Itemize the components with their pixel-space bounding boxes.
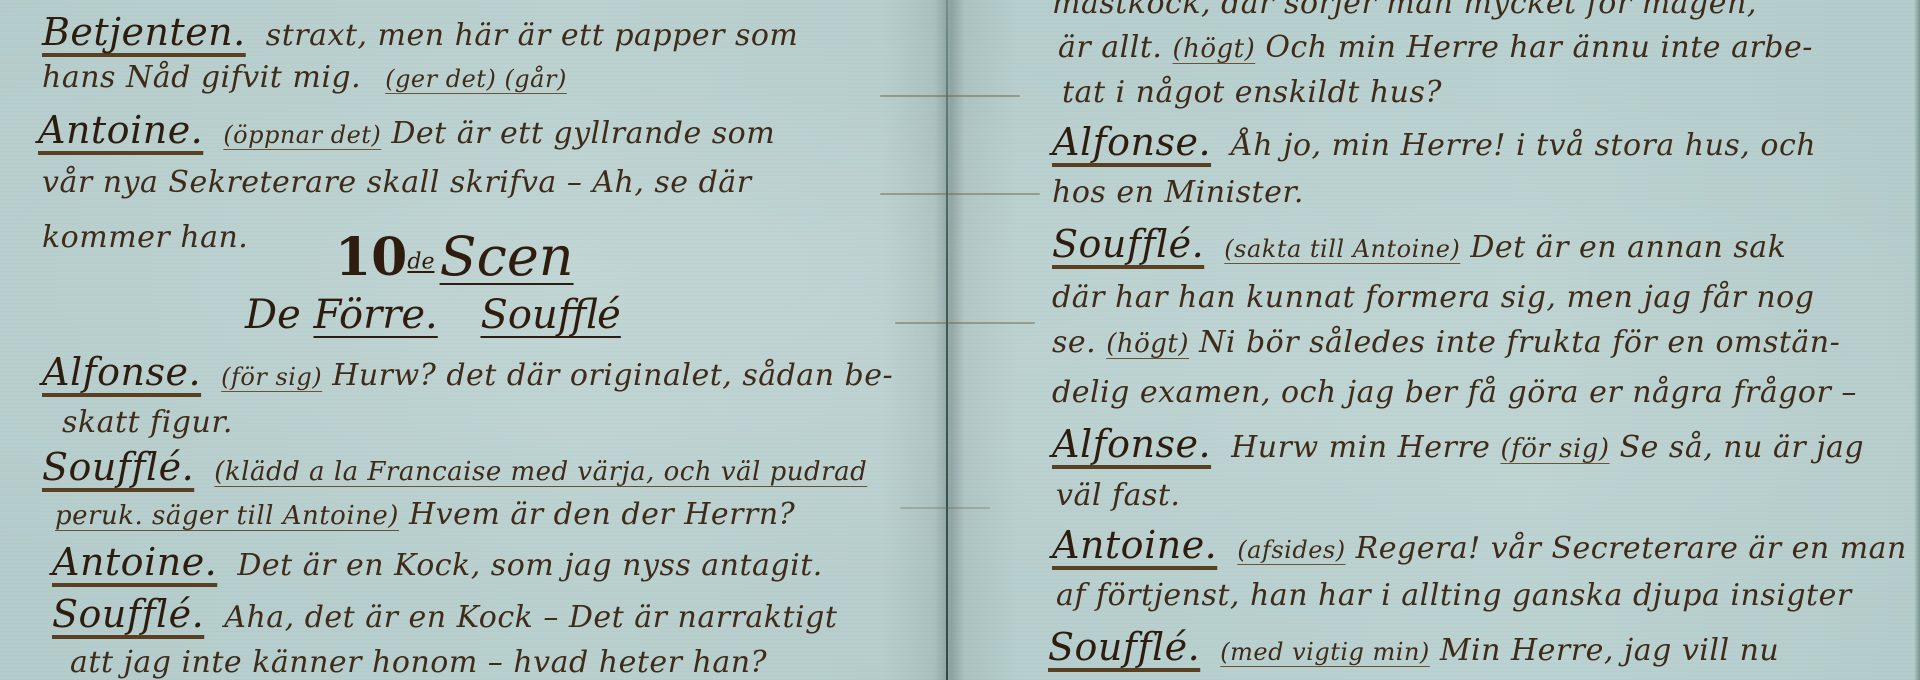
stage-direction: (ger det) (går) [385, 65, 567, 93]
cast-prefix: De [245, 292, 301, 338]
manuscript-line: Antoine. (afsides) Regera! vår Secretera… [1052, 523, 1907, 567]
manuscript-line: hans Nåd gifvit mig. (ger det) (går) [42, 60, 567, 95]
right-page: mästkock, där sörjer man mycket för mage… [1040, 0, 1920, 680]
manuscript-spread: Betjenten. straxt, men här är ett papper… [0, 0, 1920, 680]
dialogue-text: är allt. [1058, 30, 1162, 65]
speaker-name: Soufflé. [1052, 222, 1204, 266]
dialogue-text: Aha, det är en Kock – Det är narraktigt [224, 600, 837, 635]
speaker-name: Antoine. [52, 540, 217, 584]
manuscript-line: mästkock, där sörjer man mycket för mage… [1052, 0, 1757, 21]
manuscript-line: Betjenten. straxt, men här är ett papper… [42, 10, 798, 54]
dialogue-text: vår nya Sekreterare skall skrifva – Ah, … [42, 165, 752, 200]
stage-direction: (för sig) [1500, 434, 1609, 464]
speaker-name: Soufflé. [1048, 625, 1200, 669]
speaker-name: Alfonse. [1052, 422, 1211, 466]
dialogue-text: Regera! vår Secreterare är en man [1356, 531, 1907, 566]
dialogue-text: hos en Minister. [1052, 175, 1304, 210]
speaker-name: Soufflé. [52, 592, 204, 636]
stage-direction: (för sig) [221, 363, 322, 391]
dialogue-text: Och min Herre har ännu inte arbe- [1265, 30, 1813, 65]
book-spine [946, 0, 948, 680]
stage-direction: (klädd a la Francaise med värja, och väl… [214, 457, 867, 487]
manuscript-line: Soufflé. (med vigtig min) Min Herre, jag… [1048, 625, 1779, 669]
dialogue-text: väl fast. [1056, 478, 1180, 513]
stage-direction: (sakta till Antoine) [1224, 235, 1460, 263]
paper-fold [880, 193, 1040, 195]
speaker-name: Antoine. [1052, 523, 1217, 567]
dialogue-text: Det är en Kock, som jag nyss antagit. [237, 548, 823, 583]
dialogue-text: Se så, nu är jag [1620, 430, 1865, 465]
speaker-name: Soufflé. [42, 445, 194, 489]
scene-number: 10 [335, 227, 407, 288]
manuscript-line: peruk. säger till Antoine) Hvem är den d… [55, 497, 795, 532]
dialogue-text: Hurw? det där originalet, sådan be- [332, 358, 893, 393]
manuscript-line: af förtjenst, han har i allting ganska d… [1056, 578, 1852, 613]
cast-former: Förre. [313, 292, 437, 338]
dialogue-text: Hvem är den der Herrn? [409, 497, 795, 532]
dialogue-text: Ni bör således inte frukta för en omstän… [1199, 325, 1840, 360]
dialogue-text: Min Herre, jag vill nu [1440, 633, 1779, 668]
speaker-name: Antoine. [38, 108, 203, 152]
manuscript-line: Antoine. (öppnar det) Det är ett gyllran… [38, 108, 775, 152]
manuscript-line: vår nya Sekreterare skall skrifva – Ah, … [42, 165, 752, 200]
manuscript-line: Soufflé. (sakta till Antoine) Det är en … [1052, 222, 1786, 266]
paper-fold [895, 322, 1035, 324]
speaker-name: Alfonse. [42, 350, 201, 394]
dialogue-text: där har han kunnat formera sig, men jag … [1052, 280, 1814, 315]
stage-direction: (med vigtig min) [1220, 638, 1429, 666]
stage-direction: (högt) [1172, 34, 1255, 64]
spine-shadow [935, 0, 965, 680]
speaker-name: Betjenten. [42, 10, 246, 54]
speaker-name: Alfonse. [1052, 120, 1211, 164]
stage-direction: (öppnar det) [223, 121, 381, 149]
dialogue-text: af förtjenst, han har i allting ganska d… [1056, 578, 1852, 613]
paper-fold [880, 95, 1020, 97]
manuscript-line: att jag inte känner honom – hvad heter h… [70, 645, 767, 680]
dialogue-text: hans Nåd gifvit mig. [42, 60, 361, 95]
cast-name: Soufflé [480, 292, 620, 338]
manuscript-line: hos en Minister. [1052, 175, 1304, 210]
dialogue-text: tat i något enskildt hus? [1062, 75, 1442, 110]
manuscript-line: Soufflé. Aha, det är en Kock – Det är na… [52, 592, 837, 636]
scene-heading: 10de Scen [335, 225, 574, 288]
manuscript-line: Alfonse. (för sig) Hurw? det där origina… [42, 350, 893, 394]
paper-fold [900, 507, 990, 509]
dialogue-text: Det är ett gyllrande som [391, 116, 775, 151]
dialogue-text: Hurw min Herre [1231, 430, 1490, 465]
stage-direction: (högt) [1106, 329, 1189, 359]
manuscript-line: är allt. (högt) Och min Herre har ännu i… [1058, 30, 1813, 65]
dialogue-text: Det är en annan sak [1470, 230, 1786, 265]
manuscript-line: Antoine. Det är en Kock, som jag nyss an… [52, 540, 823, 584]
dialogue-text: skatt figur. [62, 405, 233, 440]
stage-direction: peruk. säger till Antoine) [55, 501, 399, 531]
dialogue-text: kommer han. [42, 220, 248, 255]
manuscript-line: kommer han. [42, 220, 248, 255]
manuscript-line: Alfonse. Åh jo, min Herre! i två stora h… [1052, 120, 1816, 164]
manuscript-line: delig examen, och jag ber få göra er någ… [1052, 375, 1857, 410]
dialogue-text: Åh jo, min Herre! i två stora hus, och [1231, 128, 1816, 163]
dialogue-text: mästkock, där sörjer man mycket för mage… [1052, 0, 1757, 21]
manuscript-line: se. (högt) Ni bör således inte frukta fö… [1052, 325, 1840, 360]
scene-cast: De Förre. Soufflé [245, 292, 621, 338]
manuscript-line: Soufflé. (klädd a la Francaise med värja… [42, 445, 867, 489]
scene-ordinal: de [407, 250, 434, 275]
manuscript-line: skatt figur. [62, 405, 233, 440]
scene-label: Scen [440, 225, 574, 288]
manuscript-line: tat i något enskildt hus? [1062, 75, 1442, 110]
manuscript-line: där har han kunnat formera sig, men jag … [1052, 280, 1814, 315]
dialogue-text: se. [1052, 325, 1096, 360]
dialogue-text: straxt, men här är ett papper som [266, 18, 799, 53]
dialogue-text: att jag inte känner honom – hvad heter h… [70, 645, 767, 680]
manuscript-line: Alfonse. Hurw min Herre (för sig) Se så,… [1052, 422, 1864, 466]
dialogue-text: delig examen, och jag ber få göra er någ… [1052, 375, 1857, 410]
stage-direction: (afsides) [1237, 536, 1345, 564]
left-page: Betjenten. straxt, men här är ett papper… [0, 0, 940, 680]
manuscript-line: väl fast. [1056, 478, 1180, 513]
